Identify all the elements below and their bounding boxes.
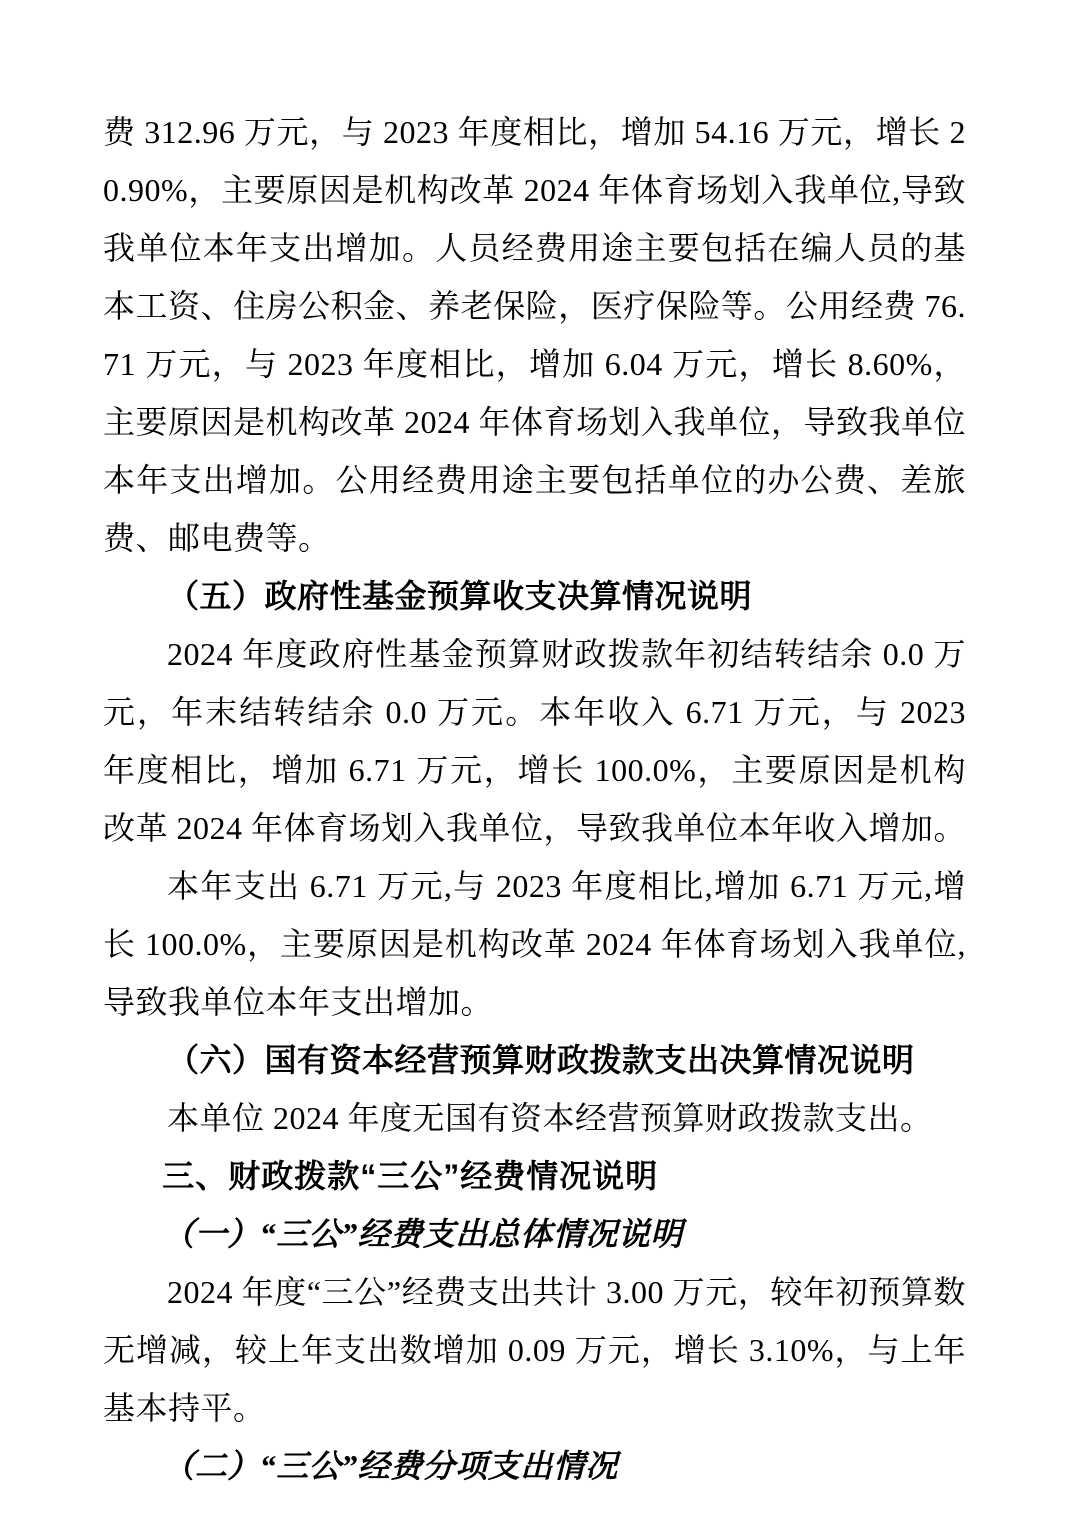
para-gov-fund-income: 2024 年度政府性基金预算财政拨款年初结转结余 0.0 万元，年末结转结余 0…	[103, 625, 966, 857]
heading-section-5-gov-fund-budget: （五）政府性基金预算收支决算情况说明	[103, 567, 966, 625]
document-text-block: 费 312.96 万元，与 2023 年度相比，增加 54.16 万元，增长 2…	[103, 103, 966, 1495]
heading-three-public-overall: （一）“三公”经费支出总体情况说明	[103, 1205, 966, 1263]
para-personnel-and-public-funds: 费 312.96 万元，与 2023 年度相比，增加 54.16 万元，增长 2…	[103, 103, 966, 567]
heading-section-6-state-capital-budget: （六）国有资本经营预算财政拨款支出决算情况说明	[103, 1031, 966, 1089]
para-state-capital-none: 本单位 2024 年度无国有资本经营预算财政拨款支出。	[103, 1089, 966, 1147]
heading-part-3-three-public-funds: 三、财政拨款“三公”经费情况说明	[103, 1147, 966, 1205]
document-page: 费 312.96 万元，与 2023 年度相比，增加 54.16 万元，增长 2…	[0, 0, 1074, 1520]
heading-three-public-itemized: （二）“三公”经费分项支出情况	[103, 1437, 966, 1495]
para-three-public-total: 2024 年度“三公”经费支出共计 3.00 万元，较年初预算数无增减，较上年支…	[103, 1263, 966, 1437]
para-gov-fund-expenditure: 本年支出 6.71 万元,与 2023 年度相比,增加 6.71 万元,增长 1…	[103, 857, 966, 1031]
